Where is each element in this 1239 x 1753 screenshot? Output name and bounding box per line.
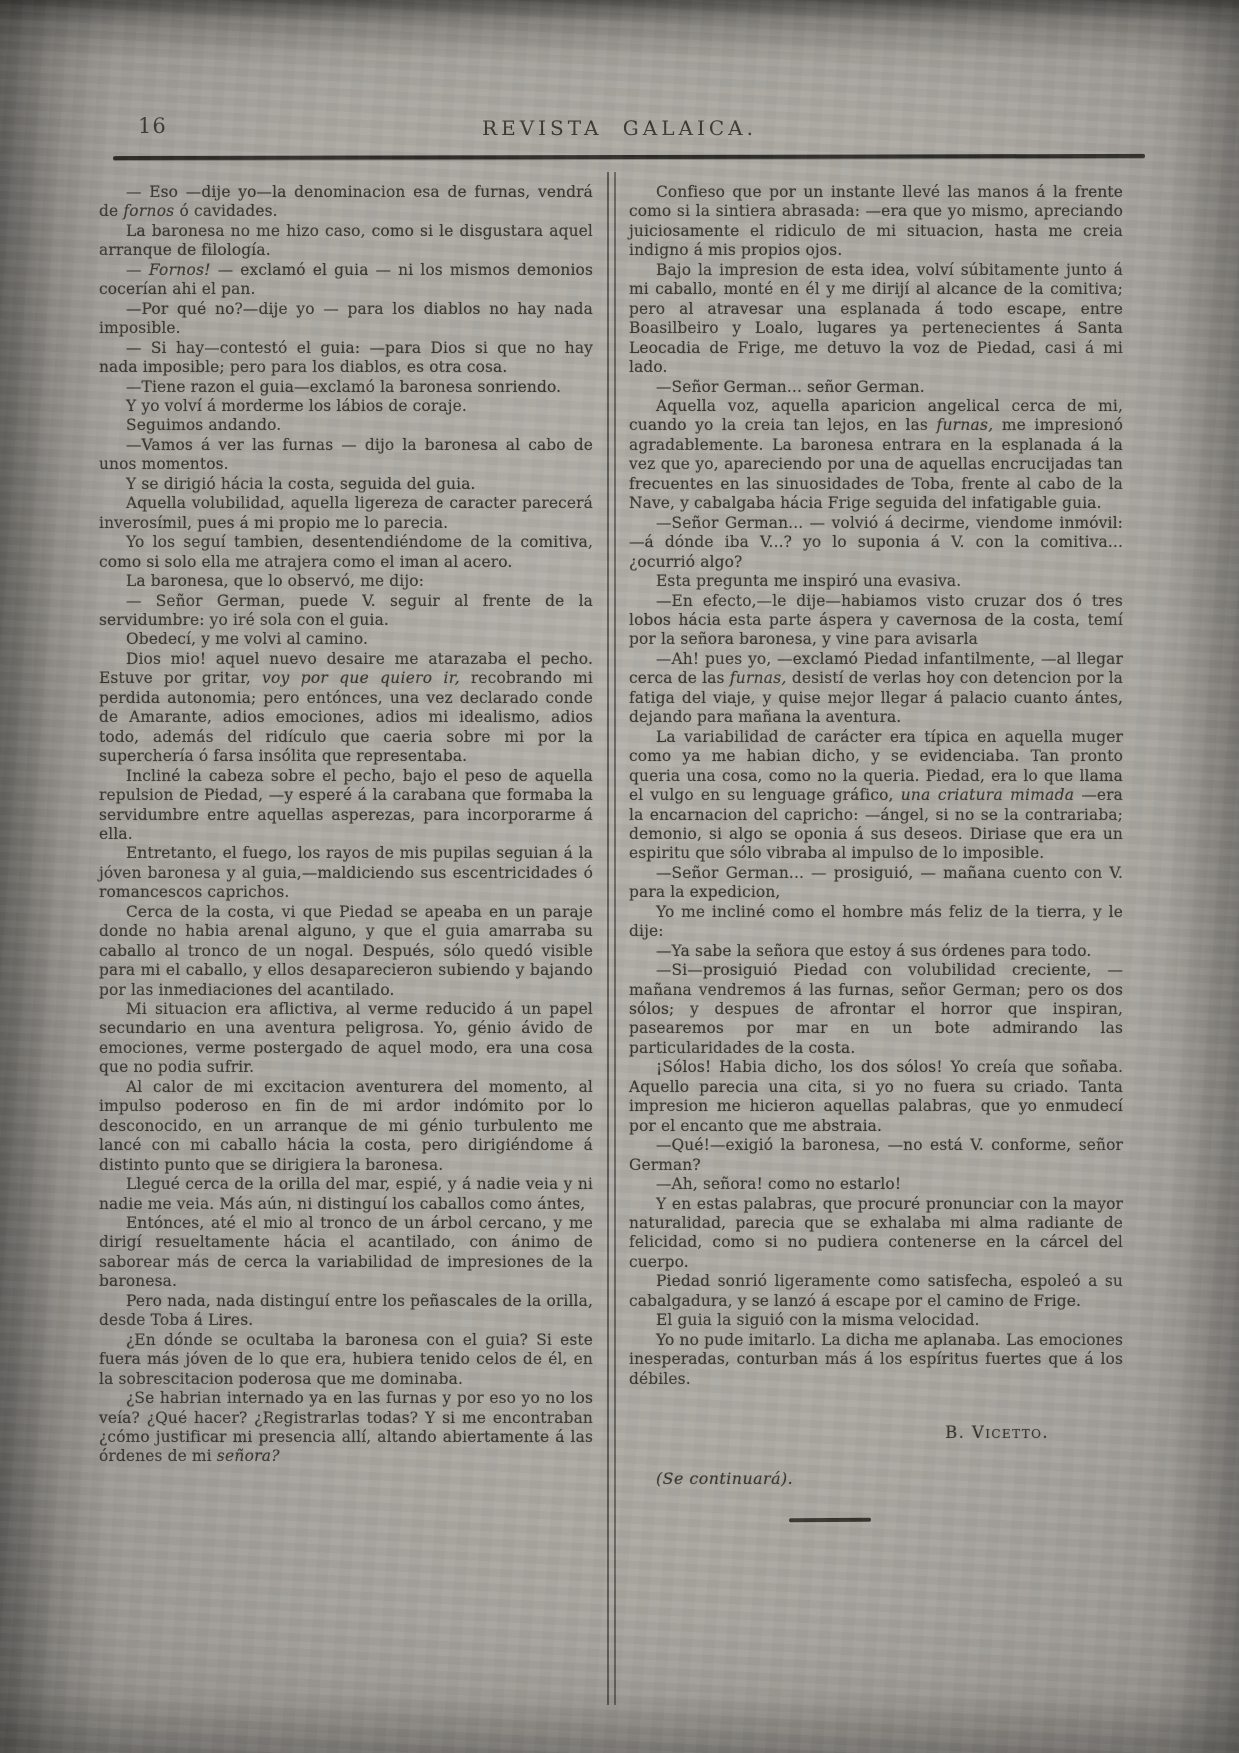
body-text: ó cavidades. (175, 202, 278, 220)
italic-text: furnas, (730, 669, 787, 687)
body-text: Obedecí, y me volvi al camino. (126, 630, 368, 648)
paragraph: El guia la siguió con la misma velocidad… (629, 1311, 1123, 1330)
paragraph: —Ya sabe la señora que estoy á sus órden… (629, 942, 1123, 961)
right-column: Confieso que por un instante llevé las m… (629, 183, 1123, 1522)
paragraph: Aquella voz, aquella aparicion angelical… (629, 397, 1123, 514)
body-text: Yo no pude imitarlo. La dicha me aplanab… (629, 1331, 1123, 1388)
body-text: —Si—prosiguió Piedad con volubilidad cre… (629, 961, 1123, 1057)
body-text: Llegué cerca de la orilla del mar, espié… (99, 1175, 593, 1212)
footer-block: B. Vicetto.(Se continuará). (629, 1423, 1123, 1521)
body-text: Y en estas palabras, que procuré pronunc… (629, 1195, 1123, 1271)
body-text: Y se dirigió hácia la costa, seguida del… (126, 475, 476, 493)
body-text: — Señor German, puede V. seguir al frent… (99, 592, 593, 629)
paragraph: Yo no pude imitarlo. La dicha me aplanab… (629, 1331, 1123, 1389)
body-text: —Ah, señora! como no estarlo! (656, 1175, 901, 1193)
italic-text: voy por que quiero ir, (262, 669, 460, 687)
body-text: ¡Sólos! Habia dicho, los dos sólos! Yo c… (629, 1058, 1123, 1134)
body-text: Seguimos andando. (126, 416, 281, 434)
body-text: —Vamos á ver las furnas — dijo la barone… (99, 436, 593, 473)
body-text: La baronesa, que lo observó, me dijo: (126, 572, 424, 590)
body-text: Bajo la impresion de esta idea, volví sú… (629, 261, 1123, 376)
italic-text: una criatura mimada (901, 786, 1075, 804)
paragraph: Y en estas palabras, que procuré pronunc… (629, 1195, 1123, 1273)
body-text: Confieso que por un instante llevé las m… (629, 183, 1123, 259)
paragraph: Cerca de la costa, vi que Piedad se apea… (99, 903, 593, 1000)
paragraph: Y yo volví á morderme los lábios de cora… (99, 397, 593, 416)
paragraph: Esta pregunta me inspiró una evasiva. (629, 572, 1123, 591)
paragraph: Seguimos andando. (99, 416, 593, 435)
paragraph: Obedecí, y me volvi al camino. (99, 630, 593, 649)
paragraph: Yo los seguí tambien, desentendiéndome d… (99, 533, 593, 572)
paragraph: —Señor German... — prosiguió, — mañana c… (629, 864, 1123, 903)
paragraph: Aquella volubilidad, aquella ligereza de… (99, 494, 593, 533)
paragraph: — Señor German, puede V. seguir al frent… (99, 592, 593, 631)
paragraph: Incliné la cabeza sobre el pecho, bajo e… (99, 767, 593, 845)
author-signature: B. Vicetto. (629, 1423, 1123, 1442)
body-text: Pero nada, nada distinguí entre los peña… (99, 1292, 593, 1329)
header-rule (113, 154, 1145, 160)
continuation-note: (Se continuará). (629, 1469, 1123, 1488)
paragraph: ¿Se habrian internado ya en las furnas y… (99, 1389, 593, 1467)
paragraph: Al calor de mi excitacion aventurera del… (99, 1078, 593, 1175)
column-divider (607, 172, 616, 1705)
paragraph: Y se dirigió hácia la costa, seguida del… (99, 475, 593, 494)
left-column: — Eso —dije yo—la denominacion esa de fu… (99, 183, 593, 1467)
body-text: Mi situacion era aflictiva, al verme red… (99, 1000, 593, 1076)
paragraph: —Ah, señora! como no estarlo! (629, 1175, 1123, 1194)
paragraph: Bajo la impresion de esta idea, volví sú… (629, 261, 1123, 378)
body-text: —Por qué no?—dije yo — para los diablos … (99, 300, 593, 337)
body-text: —Señor German... — volvió á decirme, vie… (629, 514, 1123, 571)
body-text: ¿En dónde se ocultaba la baronesa con el… (99, 1331, 593, 1388)
paragraph: Piedad sonrió ligeramente como satisfech… (629, 1272, 1123, 1311)
paragraph: —Tiene razon el guia—exclamó la baronesa… (99, 378, 593, 397)
body-text: Y yo volví á morderme los lábios de cora… (126, 397, 467, 415)
body-text: Entónces, até el mio al tronco de un árb… (99, 1214, 593, 1290)
italic-text: fornos (123, 202, 174, 220)
body-text: La baronesa no me hizo caso, como si le … (99, 222, 593, 259)
body-text: —Ya sabe la señora que estoy á sus órden… (656, 942, 1091, 960)
paragraph: La variabilidad de carácter era típica e… (629, 728, 1123, 864)
journal-title: REVISTA GALAICA. (0, 116, 1239, 140)
paragraph: —Señor German... señor German. (629, 378, 1123, 397)
paragraph: —Por qué no?—dije yo — para los diablos … (99, 300, 593, 339)
paragraph: —Señor German... — volvió á decirme, vie… (629, 514, 1123, 572)
paragraph: ¡Sólos! Habia dicho, los dos sólos! Yo c… (629, 1058, 1123, 1136)
end-rule (789, 1518, 871, 1522)
italic-text: señora? (217, 1447, 280, 1465)
paragraph: —Vamos á ver las furnas — dijo la barone… (99, 436, 593, 475)
body-text: Yo los seguí tambien, desentendiéndome d… (99, 533, 593, 570)
scanned-page: 16 REVISTA GALAICA. — Eso —dije yo—la de… (0, 0, 1239, 1753)
paragraph: La baronesa, que lo observó, me dijo: (99, 572, 593, 591)
paragraph: — Si hay—contestó el guia: —para Dios si… (99, 339, 593, 378)
paragraph: Mi situacion era aflictiva, al verme red… (99, 1000, 593, 1078)
italic-text: — Fornos! (126, 261, 211, 279)
body-text: Piedad sonrió ligeramente como satisfech… (629, 1272, 1123, 1309)
body-text: El guia la siguió con la misma velocidad… (656, 1311, 980, 1329)
paragraph: —En efecto,—le dije—habiamos visto cruza… (629, 592, 1123, 650)
body-text: Yo me incliné como el hombre más feliz d… (629, 903, 1123, 940)
paragraph: Confieso que por un instante llevé las m… (629, 183, 1123, 261)
paragraph: Llegué cerca de la orilla del mar, espié… (99, 1175, 593, 1214)
body-text: Esta pregunta me inspiró una evasiva. (656, 572, 961, 590)
paragraph: Yo me incliné como el hombre más feliz d… (629, 903, 1123, 942)
body-text: —Tiene razon el guia—exclamó la baronesa… (126, 378, 561, 396)
body-text: Al calor de mi excitacion aventurera del… (99, 1078, 593, 1174)
paragraph: Entretanto, el fuego, los rayos de mis p… (99, 844, 593, 902)
paragraph: —Si—prosiguió Piedad con volubilidad cre… (629, 961, 1123, 1058)
paragraph: —Ah! pues yo, —exclamó Piedad infantilme… (629, 650, 1123, 728)
body-text: —Señor German... — prosiguió, — mañana c… (629, 864, 1123, 901)
paragraph: ¿En dónde se ocultaba la baronesa con el… (99, 1331, 593, 1389)
paragraph: Dios mio! aquel nuevo desaire me ataraza… (99, 650, 593, 767)
paragraph: Entónces, até el mio al tronco de un árb… (99, 1214, 593, 1292)
body-text: —Señor German... señor German. (656, 378, 925, 396)
paragraph: — Eso —dije yo—la denominacion esa de fu… (99, 183, 593, 222)
italic-text: furnas, (936, 416, 993, 434)
paragraph: Pero nada, nada distinguí entre los peña… (99, 1292, 593, 1331)
body-text: Cerca de la costa, vi que Piedad se apea… (99, 903, 593, 999)
body-text: Aquella volubilidad, aquella ligereza de… (99, 494, 593, 531)
body-text: —Qué!—exigió la baronesa, —no está V. co… (629, 1136, 1123, 1173)
body-text: Entretanto, el fuego, los rayos de mis p… (99, 844, 593, 901)
body-text: Incliné la cabeza sobre el pecho, bajo e… (99, 767, 593, 843)
paragraph: La baronesa no me hizo caso, como si le … (99, 222, 593, 261)
paragraph: —Qué!—exigió la baronesa, —no está V. co… (629, 1136, 1123, 1175)
body-text: — Si hay—contestó el guia: —para Dios si… (99, 339, 593, 376)
body-text: ¿Se habrian internado ya en las furnas y… (99, 1389, 593, 1465)
body-text: —En efecto,—le dije—habiamos visto cruza… (629, 592, 1123, 649)
paragraph: — Fornos! — exclamó el guia — ni los mis… (99, 261, 593, 300)
